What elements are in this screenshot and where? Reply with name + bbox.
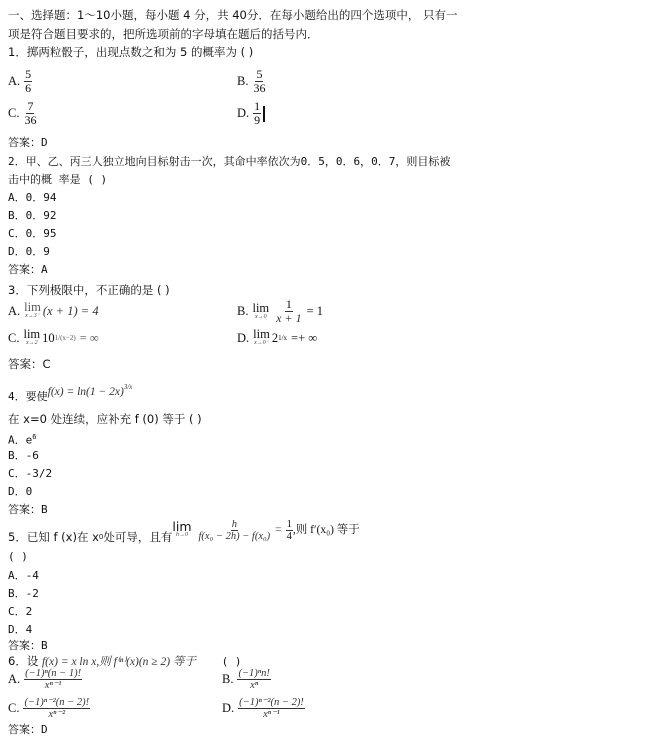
q2-option-a: A．0．94 <box>8 191 57 205</box>
q4-prefix: 4．要使 <box>8 390 48 403</box>
q5-mid: 处可导，且有 <box>103 516 172 544</box>
q3-stem: 3．下列极限中，不正确的是 ( ) <box>8 283 170 297</box>
fraction: 536 <box>252 68 266 95</box>
q1-answer: 答案：D <box>8 136 48 150</box>
numerator: 5 <box>255 68 263 82</box>
equals: = <box>275 523 282 537</box>
q3-option-a: A. limx→3⁻ (x + 1) = 4 <box>8 302 99 320</box>
q6-stem: 6．设 f(x) = x ln x,则 f⁽ⁿ⁾(x)(n ≥ 2) 等于 ( … <box>8 654 241 669</box>
limit-subscript: x→3⁻ <box>25 313 40 320</box>
q5-stem: 5．已知 f (x)在 x0处可导，且有 limh→0 hf(x₀ − 2h) … <box>8 516 360 544</box>
q2-answer: 答案：A <box>8 263 48 277</box>
numerator: 5 <box>24 68 32 82</box>
limit: limh→0 <box>172 521 191 539</box>
fraction: 1x + 1 <box>275 298 302 325</box>
q6-option-b: B. (−1)ⁿn!xⁿ <box>222 668 271 691</box>
q3-option-d: D. limx→0⁻ 21/x =+ ∞ <box>237 329 317 347</box>
rhs: = 1 <box>307 304 323 319</box>
option-letter: B. <box>237 304 248 319</box>
numerator: (−1)ⁿ⁻²(n − 2)! <box>238 697 305 709</box>
limit: limx→3⁻ <box>24 302 41 320</box>
q5-option-b: B．-2 <box>8 587 39 601</box>
q6-paren: ( ) <box>222 655 242 668</box>
base: 10 <box>42 331 55 346</box>
q5-paren: ( ) <box>8 550 28 564</box>
section-instruction-line1: 一、选择题：1～10小题，每小题 4 分，共 40分．在每小题给出的四个选项中，… <box>8 8 458 22</box>
q5-suffix: ,则 f′(x₀) 等于 <box>293 523 360 537</box>
q2-option-b: B．0．92 <box>8 209 57 223</box>
limit-subscript: h→0 <box>176 532 188 539</box>
option-letter: D. <box>237 106 249 121</box>
q5-option-d: D．4 <box>8 623 32 637</box>
q5-prefix: 5．已知 f (x)在 x <box>8 516 99 544</box>
q1-option-b: B. 536 <box>237 68 266 95</box>
limit-subscript: x→2 <box>26 340 38 347</box>
option-letter: B. <box>237 74 248 89</box>
q1-option-c: C. 736 <box>8 100 37 127</box>
denominator: xⁿ <box>249 680 259 691</box>
q2-stem-line1: 2．甲、乙、丙三人独立地向目标射击一次，其命中率依次为0．5，0．6，0．7，则… <box>8 155 450 169</box>
q3-option-b: B. limx→0 1x + 1 = 1 <box>237 298 323 325</box>
option-letter: D. <box>237 331 249 346</box>
q4-stem-line1: 4．要使f(x) = ln(1 − 2x)3/x <box>8 386 132 404</box>
q6-answer: 答案：D <box>8 723 48 737</box>
fraction: 14 <box>286 519 293 542</box>
denominator: x + 1 <box>275 312 302 325</box>
option-letter: A. <box>8 74 20 89</box>
numerator: 7 <box>26 100 34 114</box>
limit: limx→2 <box>23 329 40 347</box>
q4-formula: f(x) = ln(1 − 2x) <box>48 386 124 398</box>
fraction: (−1)ⁿ⁻²(n − 2)!xⁿ⁻² <box>23 697 90 720</box>
fraction: hf(x₀ − 2h) − f(x₀) <box>198 519 272 542</box>
q4-option-c: C．-3/2 <box>8 467 52 481</box>
option-letter: C. <box>8 701 19 716</box>
fraction: 19 <box>253 100 261 127</box>
option-letter: C. <box>8 331 19 346</box>
rhs: = ∞ <box>80 331 99 346</box>
denominator: xⁿ⁻² <box>47 709 66 720</box>
numerator: 1 <box>286 519 293 531</box>
q6-prefix: 6．设 <box>8 654 38 668</box>
q6-formula: f(x) = x ln x,则 f⁽ⁿ⁾(x)(n ≥ 2) 等于 <box>42 656 196 668</box>
option-letter: B. <box>222 672 233 687</box>
q6-option-a: A. (−1)ⁿ(n − 1)!xⁿ⁻¹ <box>8 668 82 691</box>
denominator: 4 <box>286 531 293 542</box>
limit: limx→0 <box>252 303 269 321</box>
denominator: xⁿ⁻¹ <box>44 680 63 691</box>
q2-stem-line2: 击中的概 率是 ( ) <box>8 173 107 187</box>
denominator: 6 <box>24 82 32 95</box>
q5-answer: 答案：B <box>8 639 48 653</box>
denominator: 9 <box>253 114 261 127</box>
q5-option-a: A．-4 <box>8 569 39 583</box>
fraction: (−1)ⁿn!xⁿ <box>237 668 270 691</box>
denominator: xⁿ⁻¹ <box>262 709 281 720</box>
q4-formula-exponent: 3/x <box>124 383 133 391</box>
numerator: 1 <box>253 100 261 114</box>
exponent: 1/(x−2) <box>55 334 76 342</box>
q4-option-a: A．e6 <box>8 430 36 448</box>
option-letter: A. <box>8 672 20 687</box>
q1-stem: 1．掷两粒骰子，出现点数之和为 5 的概率为 ( ) <box>8 45 253 59</box>
numerator: (−1)ⁿ(n − 1)! <box>24 668 82 680</box>
q1-option-d: D. 19 <box>237 100 265 127</box>
q2-option-d: D．0．9 <box>8 245 50 259</box>
numerator: (−1)ⁿ⁻²(n − 2)! <box>23 697 90 709</box>
limit-subscript: x→0⁻ <box>254 340 269 347</box>
q4-option-d: D．0 <box>8 485 32 499</box>
q4-option-b: B．-6 <box>8 449 39 463</box>
q5-option-c: C．2 <box>8 605 32 619</box>
numerator: 1 <box>285 298 293 312</box>
q6-option-d: D. (−1)ⁿ⁻²(n − 2)!xⁿ⁻¹ <box>222 697 305 720</box>
option-letter: A. <box>8 304 20 319</box>
fraction: 736 <box>23 100 37 127</box>
limit: limx→0⁻ <box>253 329 270 347</box>
option-letter: C. <box>8 106 19 121</box>
denominator: f(x₀ − 2h) − f(x₀) <box>198 531 272 542</box>
text-cursor <box>263 106 265 122</box>
fraction: (−1)ⁿ(n − 1)!xⁿ⁻¹ <box>24 668 82 691</box>
fraction: (−1)ⁿ⁻²(n − 2)!xⁿ⁻¹ <box>238 697 305 720</box>
expression: (x + 1) = 4 <box>43 304 99 319</box>
option-superscript: 6 <box>32 433 36 441</box>
q2-option-c: C．0．95 <box>8 227 57 241</box>
section-instruction-line2: 项是符合题目要求的，把所选项前的字母填在题后的括号内． <box>8 27 319 41</box>
q4-stem-line2: 在 x=0 处连续，应补充 f (0) 等于 ( ) <box>8 412 202 426</box>
q1-option-a: A. 56 <box>8 68 32 95</box>
q4-answer: 答案：B <box>8 503 48 517</box>
exponent: 1/x <box>278 334 287 342</box>
q6-option-c: C. (−1)ⁿ⁻²(n − 2)!xⁿ⁻² <box>8 697 90 720</box>
numerator: h <box>231 519 238 531</box>
numerator: (−1)ⁿn! <box>237 668 270 680</box>
q3-answer: 答案：C <box>8 357 51 371</box>
rhs: =+ ∞ <box>291 331 317 346</box>
denominator: 36 <box>252 82 266 95</box>
option-letter: D. <box>222 701 234 716</box>
option-label: A．e <box>8 434 32 447</box>
limit-subscript: x→0 <box>255 314 267 321</box>
q3-option-c: C. limx→2 101/(x−2) = ∞ <box>8 329 99 347</box>
denominator: 36 <box>23 114 37 127</box>
fraction: 56 <box>24 68 32 95</box>
